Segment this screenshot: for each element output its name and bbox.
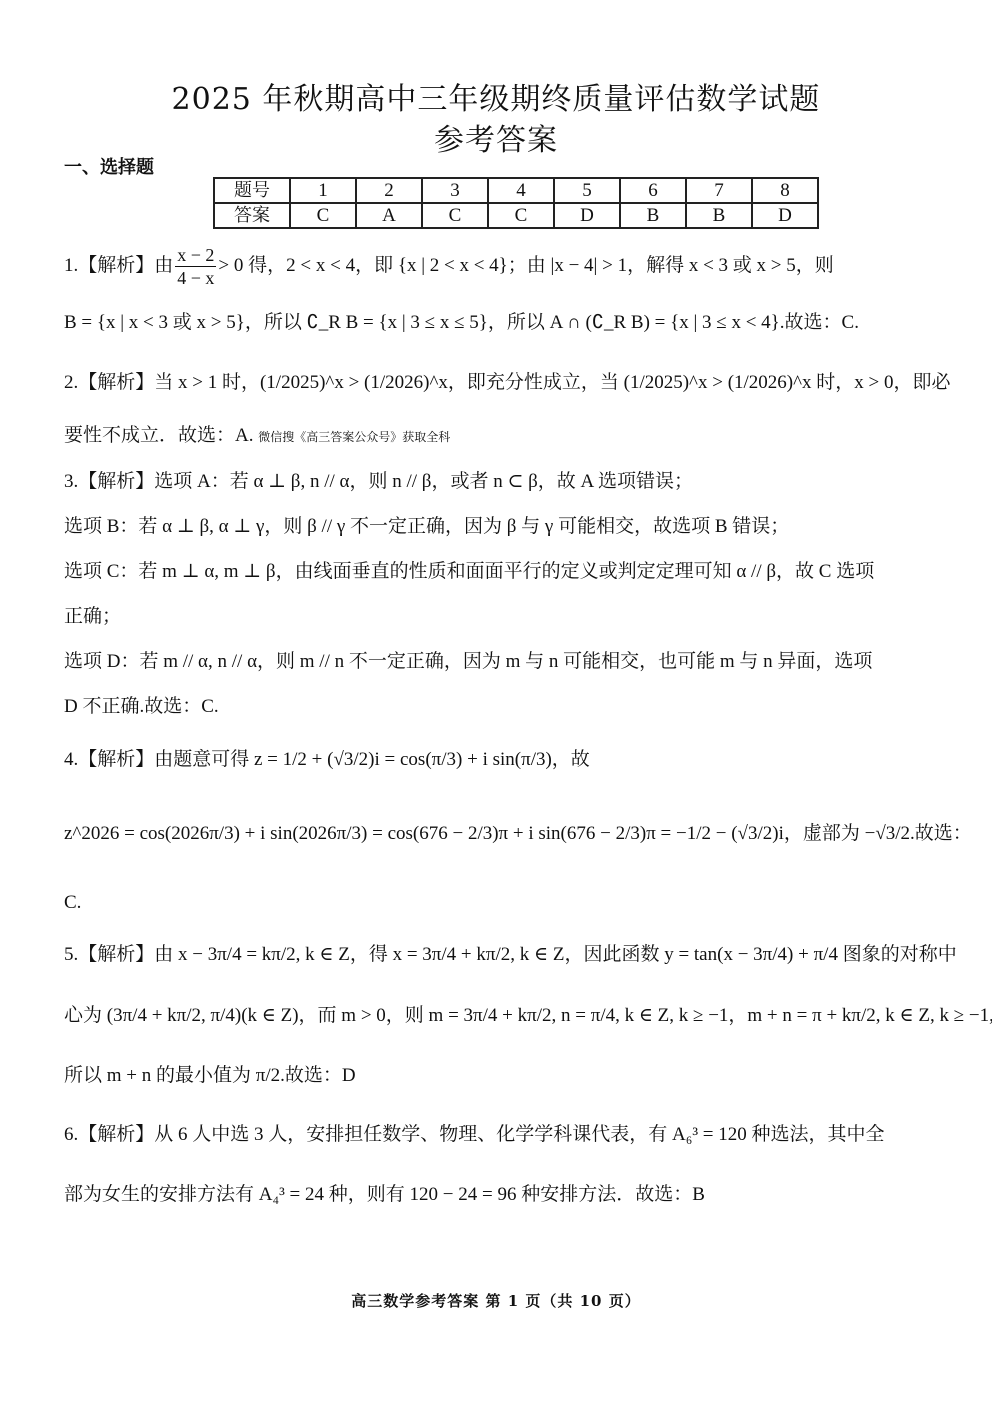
q3-line-5: 选项 D：若 m // α, n // α，则 m // n 不一定正确，因为 … — [64, 648, 872, 676]
question-number: 5 — [554, 178, 620, 203]
q3-line-4: 正确； — [64, 603, 121, 631]
answer-cell: C — [488, 203, 554, 228]
question-number: 3 — [422, 178, 488, 203]
q1-line-2: B = {x | x < 3 或 x > 5}，所以 ∁_R B = {x | … — [64, 309, 859, 337]
answer-table-header-row: 题号 1 2 3 4 5 6 7 8 — [214, 178, 818, 203]
q5-line-2: 心为 (3π/4 + kπ/2, π/4)(k ∈ Z)，而 m > 0，则 m… — [64, 1002, 992, 1030]
q4-line-1: 4.【解析】由题意可得 z = 1/2 + (√3/2)i = cos(π/3)… — [64, 746, 590, 774]
watermark-text: 微信搜《高三答案公众号》获取全科 — [258, 430, 450, 444]
q1-line-1: 1.【解析】由x − 24 − x> 0 得，2 < x < 4，即 {x | … — [64, 244, 834, 289]
question-number: 1 — [290, 178, 356, 203]
answer-table: 题号 1 2 3 4 5 6 7 8 答案 C A C C D B B D — [213, 177, 819, 229]
header-label: 题号 — [214, 178, 290, 203]
q2-line-2-text: 要性不成立．故选：A. — [64, 425, 253, 446]
answer-label: 答案 — [214, 203, 290, 228]
q3-line-1: 3.【解析】选项 A：若 α ⊥ β, n // α，则 n // β，或者 n… — [64, 468, 693, 496]
q6-line-2: 部为女生的安排方法有 A₄³ = 24 种，则有 120 − 24 = 96 种… — [64, 1181, 705, 1209]
question-number: 8 — [752, 178, 818, 203]
answer-cell: B — [620, 203, 686, 228]
answer-cell: D — [554, 203, 620, 228]
page-footer: 高三数学参考答案 第 1 页（共 10 页） — [0, 1290, 992, 1311]
q2-line-1: 2.【解析】当 x > 1 时，(1/2025)^x > (1/2026)^x，… — [64, 369, 951, 397]
question-number: 4 — [488, 178, 554, 203]
q1-prefix: 1.【解析】由 — [64, 255, 173, 276]
q1-fraction: x − 24 − x — [175, 244, 216, 289]
q2-line-2: 要性不成立．故选：A. 微信搜《高三答案公众号》获取全科 — [64, 422, 450, 451]
answer-cell: D — [752, 203, 818, 228]
q1-line-1-rest: > 0 得，2 < x < 4，即 {x | 2 < x < 4}；由 |x −… — [218, 255, 833, 276]
answer-cell: C — [290, 203, 356, 228]
question-number: 7 — [686, 178, 752, 203]
answer-table-answer-row: 答案 C A C C D B B D — [214, 203, 818, 228]
answer-cell: C — [422, 203, 488, 228]
q4-line-3: C. — [64, 889, 81, 917]
q5-line-1: 5.【解析】由 x − 3π/4 = kπ/2, k ∈ Z，得 x = 3π/… — [64, 941, 957, 969]
q5-line-3: 所以 m + n 的最小值为 π/2.故选：D — [64, 1062, 356, 1090]
question-number: 2 — [356, 178, 422, 203]
q3-line-6: D 不正确.故选：C. — [64, 693, 219, 721]
answer-cell: B — [686, 203, 752, 228]
q3-line-2: 选项 B：若 α ⊥ β, α ⊥ γ，则 β // γ 不一定正确，因为 β … — [64, 513, 789, 541]
q4-line-2: z^2026 = cos(2026π/3) + i sin(2026π/3) =… — [64, 820, 972, 848]
section-heading-multiple-choice: 一、选择题 — [64, 153, 154, 179]
document-title: 2025 年秋期高中三年级期终质量评估数学试题 — [0, 74, 992, 118]
answer-cell: A — [356, 203, 422, 228]
q3-line-3: 选项 C：若 m ⊥ α, m ⊥ β，由线面垂直的性质和面面平行的定义或判定定… — [64, 558, 874, 586]
question-number: 6 — [620, 178, 686, 203]
q6-line-1: 6.【解析】从 6 人中选 3 人，安排担任数学、物理、化学学科课代表，有 A₆… — [64, 1121, 885, 1149]
